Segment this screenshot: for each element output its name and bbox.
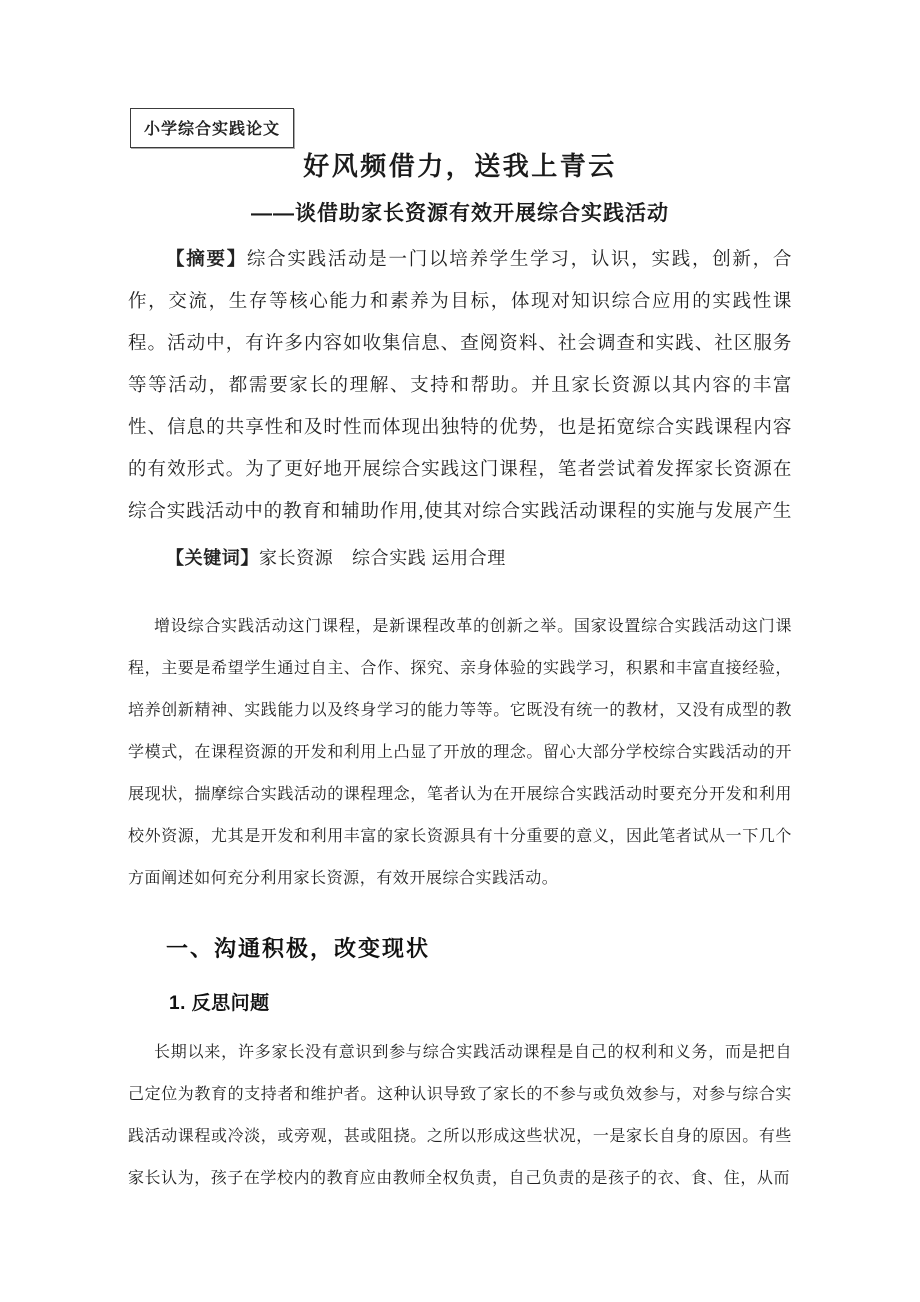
keywords-line: 【关键词】家长资源 综合实践 运用合理 bbox=[128, 537, 792, 579]
category-label: 小学综合实践论文 bbox=[144, 121, 280, 138]
intro-paragraph: 增设综合实践活动这门课程，是新课程改革的创新之举。国家设置综合实践活动这门课程，… bbox=[128, 606, 792, 902]
category-box: 小学综合实践论文 bbox=[130, 108, 294, 148]
section-1-paragraph: 长期以来，许多家长没有意识到参与综合实践活动课程是自己的权利和义务，而是把自己定… bbox=[128, 1032, 792, 1202]
abstract-text: 综合实践活动是一门以培养学生学习，认识，实践，创新，合作，交流，生存等核心能力和… bbox=[128, 250, 792, 536]
section-1-heading: 一、沟通积极，改变现状 bbox=[128, 934, 830, 964]
keywords-text: 家长资源 综合实践 运用合理 bbox=[259, 548, 506, 568]
document-subtitle: ——谈借助家长资源有效开展综合实践活动 bbox=[128, 199, 792, 229]
section-1-subheading: 1. 反思问题 bbox=[128, 991, 833, 1017]
document-title: 好风频借力，送我上青云 bbox=[128, 148, 792, 184]
abstract-paragraph: 【摘要】综合实践活动是一门以培养学生学习，认识，实践，创新，合作，交流，生存等核… bbox=[128, 238, 792, 536]
keywords-label: 【关键词】 bbox=[166, 548, 259, 568]
document-page: 小学综合实践论文 好风频借力，送我上青云 ——谈借助家长资源有效开展综合实践活动… bbox=[0, 0, 920, 1302]
abstract-label: 【摘要】 bbox=[166, 248, 247, 269]
